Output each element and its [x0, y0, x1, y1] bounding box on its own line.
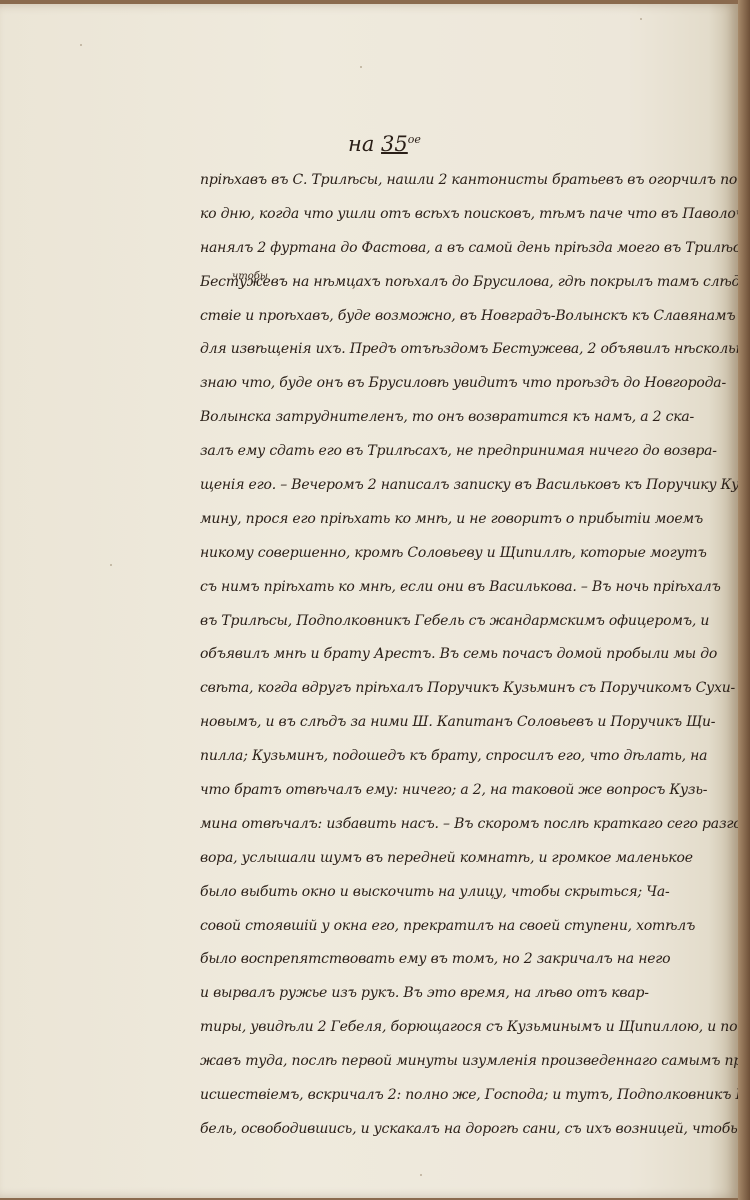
text-line: объявилъ мнѣ и брату Арестъ. Въ семь поч…	[200, 638, 745, 672]
paper-speck	[640, 18, 642, 20]
text-line: и вырвалъ ружье изъ рукъ. Въ это время, …	[200, 977, 745, 1011]
text-line: съ нимъ пріѣхать ко мнѣ, если они въ Вас…	[200, 571, 745, 605]
text-line: было выбить окно и выскочить на улицу, ч…	[200, 876, 745, 910]
text-line: новымъ, и въ слѣдъ за ними Ш. Капитанъ С…	[200, 706, 745, 740]
text-line: жавъ туда, послѣ первой минуты изумленія…	[200, 1045, 745, 1079]
manuscript-page: на 35ое чтобы пріѣхавъ въ С. Трилѣсы, на…	[0, 4, 738, 1198]
text-line: вора, услышали шумъ въ передней комнатѣ,…	[200, 842, 745, 876]
paper-speck	[80, 44, 82, 46]
text-line: щенія его. – Вечеромъ 2 написалъ записку…	[200, 469, 745, 503]
text-line: тиры, увидѣли 2 Гебеля, борющагося съ Ку…	[200, 1011, 745, 1045]
text-line: исшествіемъ, вскричалъ 2: полно же, Госп…	[200, 1079, 745, 1113]
book-binding-edge	[738, 0, 750, 1200]
text-line: пріѣхавъ въ С. Трилѣсы, нашли 2 кантонис…	[200, 164, 745, 198]
text-line: бель, освободившись, и ускакалъ на дорог…	[200, 1113, 745, 1147]
text-line: свѣта, когда вдругъ пріѣхалъ Поручикъ Ку…	[200, 672, 745, 706]
text-line: было воспрепятствовать ему въ томъ, но 2…	[200, 943, 745, 977]
paper-speck	[360, 66, 362, 68]
paper-speck	[420, 1174, 422, 1176]
folio-page-number: 35	[381, 132, 408, 156]
text-line: для извѣщенія ихъ. Предъ отъѣздомъ Бесту…	[200, 333, 745, 367]
text-line: мину, прося его пріѣхать ко мнѣ, и не го…	[200, 503, 745, 537]
text-line: ко дню, когда что ушли отъ всѣхъ поисков…	[200, 198, 745, 232]
text-line: Бестужевъ на нѣмцахъ поѣхалъ до Брусилов…	[200, 266, 745, 300]
text-line: въ Трилѣсы, Подполковникъ Гебель съ жанд…	[200, 605, 745, 639]
text-line: ствіе и проѣхавъ, буде возможно, въ Новг…	[200, 300, 745, 334]
folio-prefix: на	[348, 132, 374, 156]
text-line: мина отвѣчалъ: избавить насъ. – Въ скоро…	[200, 808, 745, 842]
text-line: залъ ему сдать его въ Трилѣсахъ, не пред…	[200, 435, 745, 469]
text-line: знаю что, буде онъ въ Брусиловѣ увидитъ …	[200, 367, 745, 401]
folio-number: на 35ое	[348, 132, 421, 156]
text-line: пилла; Кузьминъ, подошедъ къ брату, спро…	[200, 740, 745, 774]
text-line: никому совершенно, кромѣ Соловьеву и Щип…	[200, 537, 745, 571]
text-line: совой стоявшій у окна его, прекратилъ на…	[200, 910, 745, 944]
text-line: Волынска затруднителенъ, то онъ возврати…	[200, 401, 745, 435]
paper-speck	[110, 564, 112, 566]
text-line: нанялъ 2 фуртана до Фастова, а въ самой …	[200, 232, 745, 266]
folio-suffix: ое	[408, 133, 421, 146]
text-line: что братъ отвѣчалъ ему: ничего; а 2, на …	[200, 774, 745, 808]
handwritten-text-block: пріѣхавъ въ С. Трилѣсы, нашли 2 кантонис…	[200, 164, 745, 1147]
